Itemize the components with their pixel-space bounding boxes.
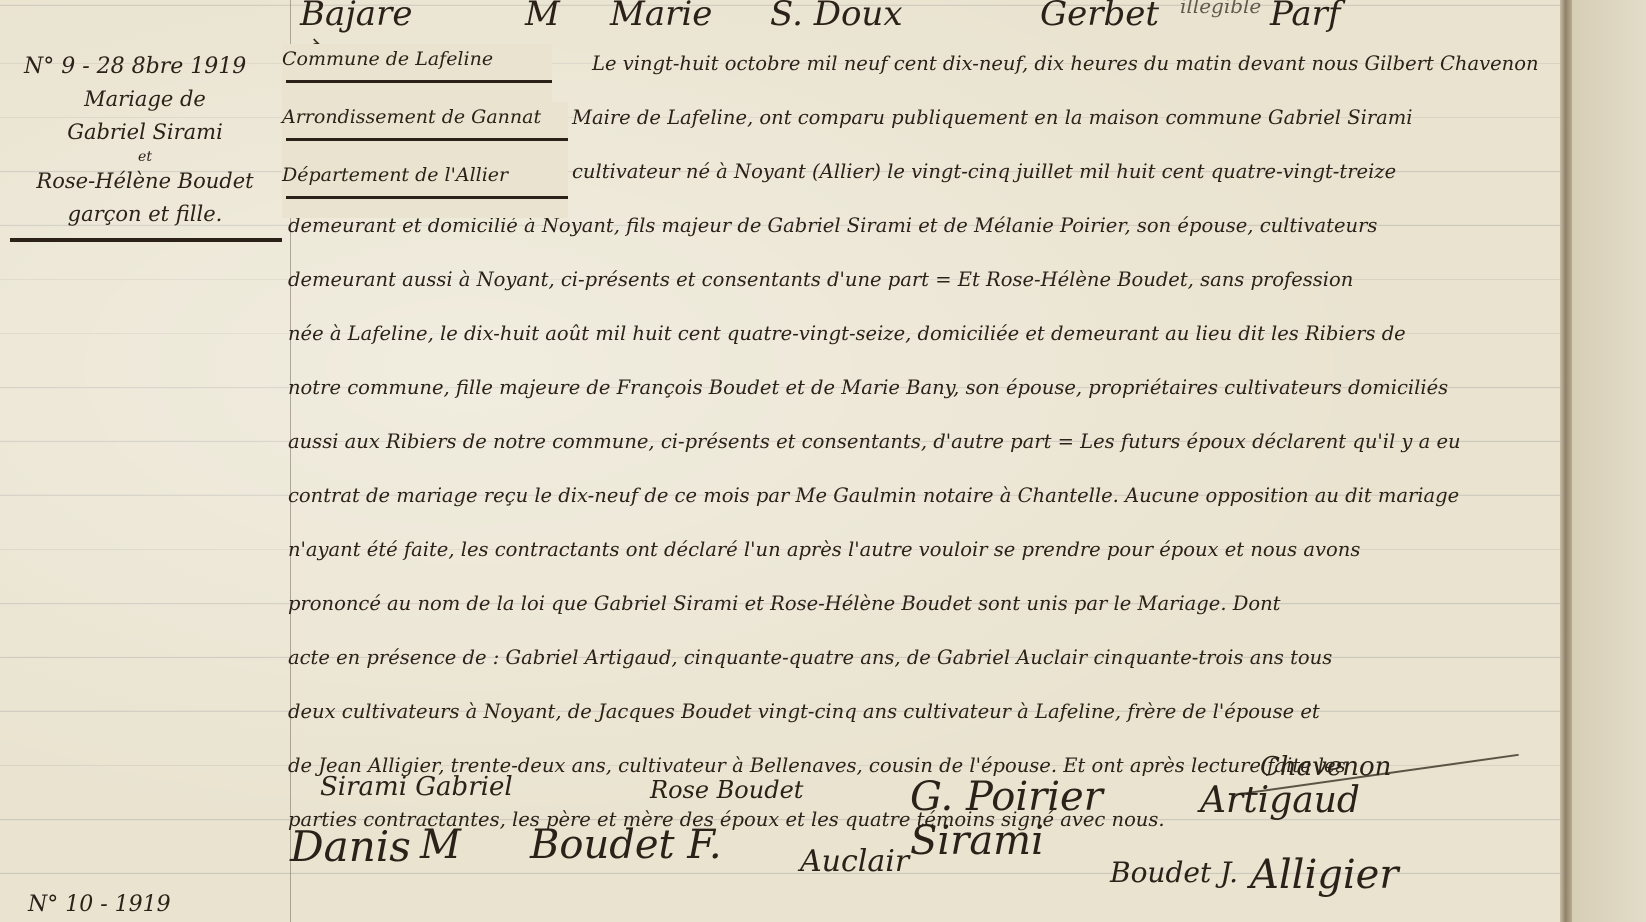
act-line: notre commune, fille majeure de François… bbox=[282, 368, 1552, 422]
signature: Gerbet bbox=[1040, 0, 1159, 34]
facing-page-edge bbox=[1572, 0, 1646, 922]
act-line: acte en présence de : Gabriel Artigaud, … bbox=[282, 638, 1552, 692]
signature: Artigaud bbox=[1200, 780, 1360, 821]
signature: Alligier bbox=[1250, 852, 1398, 898]
act-line: née à Lafeline, le dix-huit août mil hui… bbox=[282, 314, 1552, 368]
signature: Danis bbox=[290, 822, 411, 871]
margin-title: Mariage de bbox=[10, 83, 280, 116]
act-number: N° 9 - 28 8bre 1919 bbox=[10, 50, 280, 83]
margin-note: N° 9 - 28 8bre 1919 Mariage de Gabriel S… bbox=[10, 50, 280, 231]
act-line: aussi aux Ribiers de notre commune, ci-p… bbox=[282, 422, 1552, 476]
signature: S. Doux bbox=[770, 0, 903, 34]
act-line: n'ayant été faite, les contractants ont … bbox=[282, 530, 1552, 584]
previous-act-signatures: Bajare M Marie S. Doux Gerbet illegible … bbox=[290, 0, 1550, 40]
departement-label: Département de l'Allier bbox=[282, 160, 568, 218]
signature: Boudet F. bbox=[530, 822, 722, 868]
act-line: contrat de mariage reçu le dix-neuf de c… bbox=[282, 476, 1552, 530]
signature: Sirami Gabriel bbox=[320, 772, 513, 802]
act-line: prononcé au nom de la loi que Gabriel Si… bbox=[282, 584, 1552, 638]
jurisdiction-header: Commune de Lafeline Arrondissement de Ga… bbox=[282, 44, 572, 218]
margin-status: garçon et fille. bbox=[10, 198, 280, 231]
margin-groom: Gabriel Sirami bbox=[10, 116, 280, 149]
signature: Marie bbox=[610, 0, 712, 34]
signature: Rose Boudet bbox=[650, 776, 803, 804]
signature: Bajare bbox=[300, 0, 412, 34]
signature: Auclair bbox=[800, 844, 909, 879]
signature: M bbox=[420, 822, 461, 868]
signature: Chavenon bbox=[1260, 752, 1391, 782]
commune-label: Commune de Lafeline bbox=[282, 44, 552, 102]
signature: Sirami bbox=[910, 818, 1044, 864]
signature: Parf bbox=[1270, 0, 1340, 34]
signature-block: Sirami Gabriel Rose Boudet G. Poirier Ar… bbox=[290, 760, 1560, 922]
act-line: deux cultivateurs à Noyant, de Jacques B… bbox=[282, 692, 1552, 746]
signature: M bbox=[525, 0, 560, 34]
margin-connector: et bbox=[10, 149, 280, 165]
arrondissement-label: Arrondissement de Gannat bbox=[282, 102, 568, 160]
signature: illegible bbox=[1180, 0, 1261, 18]
signature: Boudet J. bbox=[1110, 856, 1238, 889]
signature: G. Poirier bbox=[910, 774, 1103, 820]
next-act-number: N° 10 - 1919 bbox=[28, 892, 171, 917]
act-line: demeurant aussi à Noyant, ci-présents et… bbox=[282, 260, 1552, 314]
book-gutter bbox=[1560, 0, 1572, 922]
margin-bride: Rose-Hélène Boudet bbox=[10, 165, 280, 198]
margin-divider bbox=[10, 238, 282, 242]
